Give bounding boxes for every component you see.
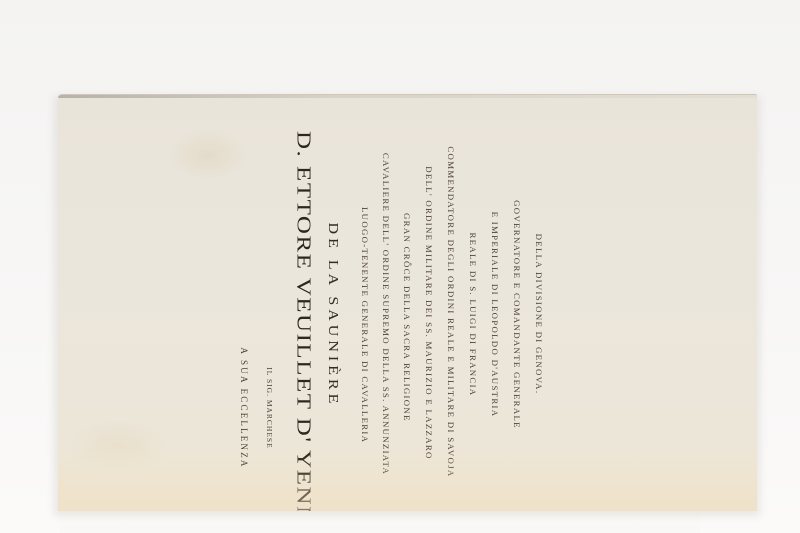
name-subtitle: DE LA SAUNIÈRE <box>325 190 340 440</box>
document-page: A SUA ECCELLENZA IL SIG. MARCHESE D. ETT… <box>58 94 757 511</box>
name-title: D. ETTORE VEUILLET D' YENNE <box>292 131 314 503</box>
title-line-5: COMMENDATORE DEGLI ORDINI REALE E MILITA… <box>446 137 456 487</box>
title-line-9: DELLA DIVISIONE DI GENOVA. <box>534 223 544 405</box>
title-line-2: CAVALIERE DELL' ORDINE SUPREMO DELLA SS.… <box>381 139 391 489</box>
title-line-8: GOVERNATORE E COMANDANTE GENERALE <box>512 177 522 452</box>
title-line-7: E IMPERIALE DI LEOPOLDO D'AUSTRIA <box>490 187 500 442</box>
honorific-line: IL SIG. MARCHESE <box>265 333 274 483</box>
title-line-6: REALE DI S. LUIGI DI FRANCIA <box>468 227 478 402</box>
dedication-line: A SUA ECCELLENZA <box>239 313 249 503</box>
title-line-1: LUOGO-TENENTE GENERALE DI CAVALLERIA <box>360 207 370 417</box>
title-line-4: DELL' ORDINE MILITARE DEI SS. MAURIZIO E… <box>424 153 434 473</box>
title-line-3: GRAN CRÔCE DELLA SACRA RELIGIONE <box>402 213 412 413</box>
